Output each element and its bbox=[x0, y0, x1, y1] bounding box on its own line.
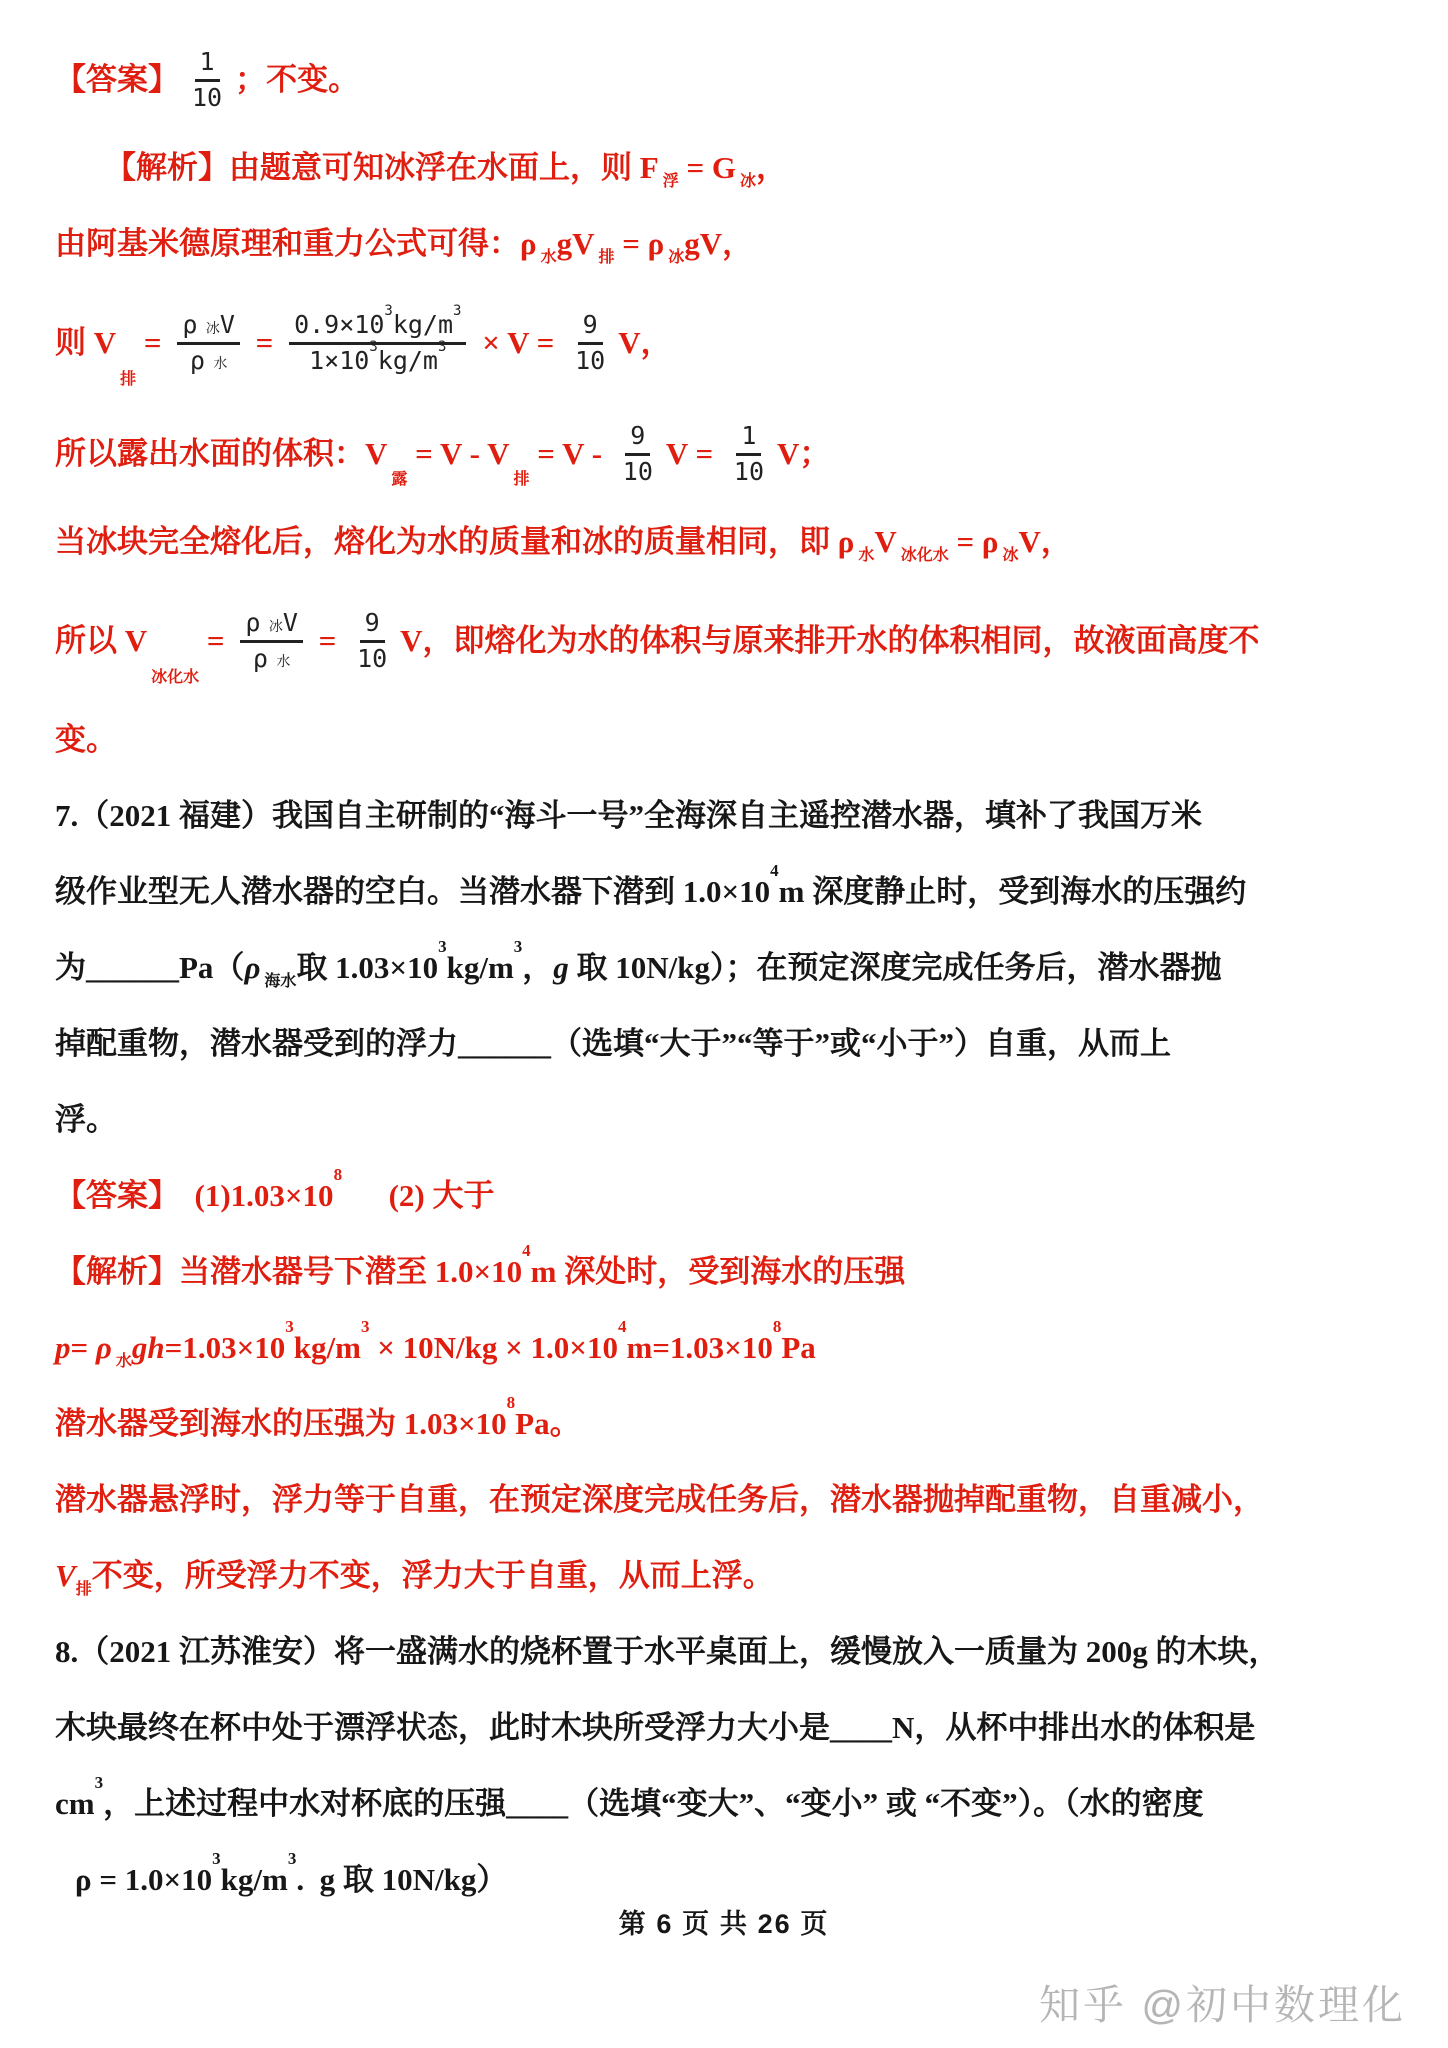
q6-analysis-line-5: 当冰块完全熔化后，熔化为水的质量和冰的质量相同，即 ρ 水V 冰化水 = ρ 冰… bbox=[55, 504, 1400, 580]
q7-analysis-line-4: 潜水器悬浮时，浮力等于自重，在预定深度完成任务后，潜水器抛掉配重物，自重减小， bbox=[55, 1462, 1400, 1538]
q7-stem-line-1: 7.（2021 福建）我国自主研制的“海斗一号”全海深自主遥控潜水器，填补了我国… bbox=[55, 778, 1400, 854]
q6-answer-line: 【答案】110；不变。 bbox=[55, 30, 1400, 130]
math-fraction: ρ 冰Vρ 水 bbox=[177, 311, 240, 375]
q7-analysis-line-1: 【解析】当潜水器号下潜至 1.0×104m 深处时，受到海水的压强 bbox=[55, 1234, 1400, 1310]
footer-suffix: 页 bbox=[792, 1909, 830, 1939]
q6-analysis-line-6: 所以 V 冰化水 = ρ 冰Vρ 水 = 910V，即熔化为水的体积与原来排开水… bbox=[55, 580, 1400, 702]
math-fraction: ρ 冰Vρ 水 bbox=[240, 609, 303, 673]
q7-stem-line-5: 浮。 bbox=[55, 1082, 1400, 1158]
math-fraction: 110 bbox=[729, 422, 769, 486]
zhihu-watermark: 知乎 @初中数理化 bbox=[1039, 1972, 1406, 2031]
q6-analysis-line-7: 变。 bbox=[55, 702, 1400, 778]
footer-total-pages: 26 bbox=[758, 1909, 792, 1939]
page-footer: 第 6 页 共 26 页 bbox=[0, 1902, 1448, 1941]
q7-analysis-line-5: V排不变，所受浮力不变，浮力大于自重，从而上浮。 bbox=[55, 1538, 1400, 1614]
q6-analysis-line-2: 由阿基米德原理和重力公式可得：ρ 水gV 排 = ρ 冰gV， bbox=[55, 206, 1400, 282]
q6-analysis-line-1: 【解析】由题意可知冰浮在水面上，则 F 浮 = G 冰， bbox=[55, 130, 1400, 206]
q8-stem-line-2: 木块最终在杯中处于漂浮状态，此时木块所受浮力大小是____N，从杯中排出水的体积… bbox=[55, 1690, 1400, 1766]
math-fraction: 910 bbox=[352, 609, 392, 673]
document-page: 【答案】110；不变。【解析】由题意可知冰浮在水面上，则 F 浮 = G 冰，由… bbox=[0, 0, 1448, 2048]
math-fraction: 110 bbox=[187, 48, 227, 112]
footer-prefix: 第 bbox=[619, 1909, 657, 1939]
math-fraction: 0.9×103kg/m31×103kg/m3 bbox=[289, 311, 466, 375]
q7-stem-line-2: 级作业型无人潜水器的空白。当潜水器下潜到 1.0×104m 深度静止时，受到海水… bbox=[55, 854, 1400, 930]
q7-answer-line: 【答案】 (1)1.03×108 (2) 大于 bbox=[55, 1158, 1400, 1234]
q7-stem-line-4: 掉配重物，潜水器受到的浮力______（选填“大于”“等于”或“小于”）自重，从… bbox=[55, 1006, 1400, 1082]
q6-analysis-line-4: 所以露出水面的体积：V 露 = V - V 排 = V - 910V = 110… bbox=[55, 404, 1400, 504]
q8-stem-line-3: cm3，上述过程中水对杯底的压强____（选填“变大”、“变小” 或 “不变”）… bbox=[55, 1766, 1400, 1842]
q8-stem-line-1: 8.（2021 江苏淮安）将一盛满水的烧杯置于水平桌面上，缓慢放入一质量为 20… bbox=[55, 1614, 1400, 1690]
q7-analysis-line-3: 潜水器受到海水的压强为 1.03×108Pa。 bbox=[55, 1386, 1400, 1462]
q7-stem-line-3: 为______Pa（ρ 海水取 1.03×103kg/m3，g 取 10N/kg… bbox=[55, 930, 1400, 1006]
math-fraction: 910 bbox=[570, 311, 610, 375]
math-fraction: 910 bbox=[618, 422, 658, 486]
q7-analysis-line-2: p= ρ 水gh=1.03×103kg/m3 × 10N/kg × 1.0×10… bbox=[55, 1310, 1400, 1386]
footer-middle: 页 共 bbox=[673, 1909, 757, 1939]
footer-page-number: 6 bbox=[656, 1909, 673, 1939]
document-body: 【答案】110；不变。【解析】由题意可知冰浮在水面上，则 F 浮 = G 冰，由… bbox=[55, 30, 1400, 1918]
q6-analysis-line-3: 则 V 排 = ρ 冰Vρ 水 = 0.9×103kg/m31×103kg/m3… bbox=[55, 282, 1400, 404]
